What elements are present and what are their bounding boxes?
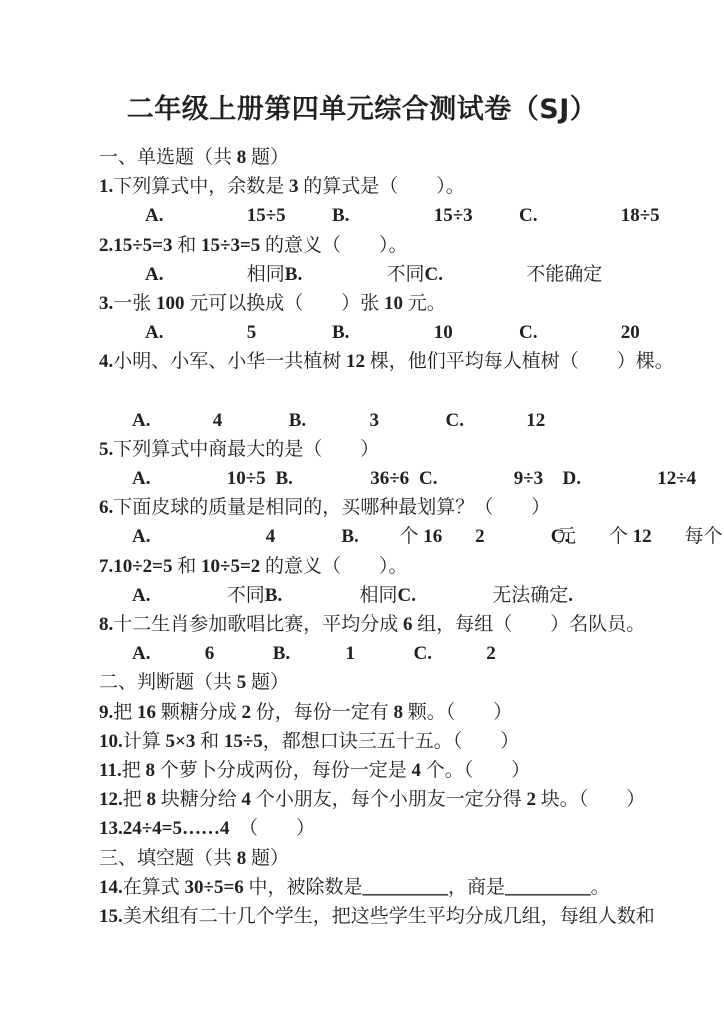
section-2-header: 二、判断题（共 5 题）	[99, 668, 706, 697]
question-6-option-b: B. 2 个 12 元	[341, 522, 550, 551]
question-2-option-b: B. 不同	[285, 260, 425, 289]
question-4-option-c: C. 12	[446, 406, 603, 435]
question-8-options: A. 6B. 1C. 2	[99, 639, 706, 668]
document-page: 二年级上册第四单元综合测试卷（SJ） 一、单选题（共 8 题） 1.下列算式中，…	[0, 0, 724, 1024]
question-2-option-a: A. 相同	[145, 260, 285, 289]
question-7-option-b: B. 相同	[265, 581, 398, 610]
page-title: 二年级上册第四单元综合测试卷（SJ）	[0, 92, 724, 128]
question-5-option-b: B. 36÷6	[276, 464, 420, 493]
question-13-text: 13.24÷4=5……4 （ ）	[99, 814, 706, 843]
question-8-option-a: A. 6	[132, 639, 273, 668]
question-7-options: A. 不同B. 相同C. 无法确定.	[99, 581, 706, 610]
question-7-text: 7.10÷2=5 和 10÷5=2 的意义（ ）。	[99, 552, 706, 581]
question-1-text: 1.下列算式中，余数是 3 的算式是（ ）。	[99, 172, 706, 201]
question-2-options: A. 相同B. 不同C. 不能确定	[99, 260, 706, 289]
question-1-option-b: B. 15÷3	[332, 201, 519, 230]
question-5-text: 5.下列算式中商最大的是（ ）	[99, 435, 706, 464]
question-5-options: A. 10÷5B. 36÷6C. 9÷3D. 12÷4	[99, 464, 706, 493]
question-3-option-a: A. 5	[145, 318, 332, 347]
question-8-text: 8.十二生肖参加歌唱比赛，平均分成 6 组，每组（ ）名队员。	[99, 610, 706, 639]
question-5-option-c: C. 9÷3	[419, 464, 563, 493]
question-8-option-b: B. 1	[273, 639, 414, 668]
question-4-text: 4.小明、小军、小华一共植树 12 棵，他们平均每人植树（ ）棵。	[99, 347, 706, 376]
question-10-text: 10.计算 5×3 和 15÷5，都想口诀三五十五。（ ）	[99, 727, 706, 756]
question-1-option-c: C. 18÷5	[519, 201, 706, 230]
question-9-text: 9.把 16 颗糖分成 2 份，每份一定有 8 颗。（ ）	[99, 698, 706, 727]
question-4-option-a: A. 4	[132, 406, 289, 435]
section-3-header: 三、填空题（共 8 题）	[99, 844, 706, 873]
question-2-text: 2.15÷5=3 和 15÷3=5 的意义（ ）。	[99, 231, 706, 260]
question-11-text: 11.把 8 个萝卜分成两份，每份一定是 4 个。（ ）	[99, 756, 706, 785]
question-3-option-c: C. 20	[519, 318, 706, 347]
question-3-options: A. 5B. 10C. 20	[99, 318, 706, 347]
question-14-text: 14.在算式 30÷5=6 中，被除数是_________，商是________…	[99, 873, 706, 902]
question-8-option-c: C. 2	[414, 639, 555, 668]
test-body: 一、单选题（共 8 题） 1.下列算式中，余数是 3 的算式是（ ）。 A. 1…	[99, 143, 706, 931]
question-6-option-a: A. 4 个 16 元	[132, 522, 341, 551]
question-5-option-d: D. 12÷4	[563, 464, 707, 493]
question-7-option-a: A. 不同	[132, 581, 265, 610]
question-6-options: A. 4 个 16 元B. 2 个 12 元C. 每个 5 元	[99, 522, 706, 551]
question-4-options: A. 4B. 3C. 12	[99, 406, 706, 435]
question-15-text: 15.美术组有二十几个学生，把这些学生平均分成几组，每组人数和	[99, 902, 706, 931]
question-5-option-a: A. 10÷5	[132, 464, 276, 493]
question-7-option-c: C. 无法确定.	[398, 581, 659, 610]
blank-line	[99, 377, 706, 406]
question-1-option-a: A. 15÷5	[145, 201, 332, 230]
section-1-header: 一、单选题（共 8 题）	[99, 143, 706, 172]
question-1-options: A. 15÷5B. 15÷3C. 18÷5	[99, 201, 706, 230]
question-2-option-c: C. 不能确定	[425, 260, 603, 289]
question-12-text: 12.把 8 块糖分给 4 个小朋友，每个小朋友一定分得 2 块。（ ）	[99, 785, 706, 814]
question-3-option-b: B. 10	[332, 318, 519, 347]
question-6-text: 6.下面皮球的质量是相同的，买哪种最划算？（ ）	[99, 493, 706, 522]
question-4-option-b: B. 3	[289, 406, 446, 435]
question-3-text: 3.一张 100 元可以换成（ ）张 10 元。	[99, 289, 706, 318]
question-6-option-c: C. 每个 5 元	[551, 522, 706, 551]
